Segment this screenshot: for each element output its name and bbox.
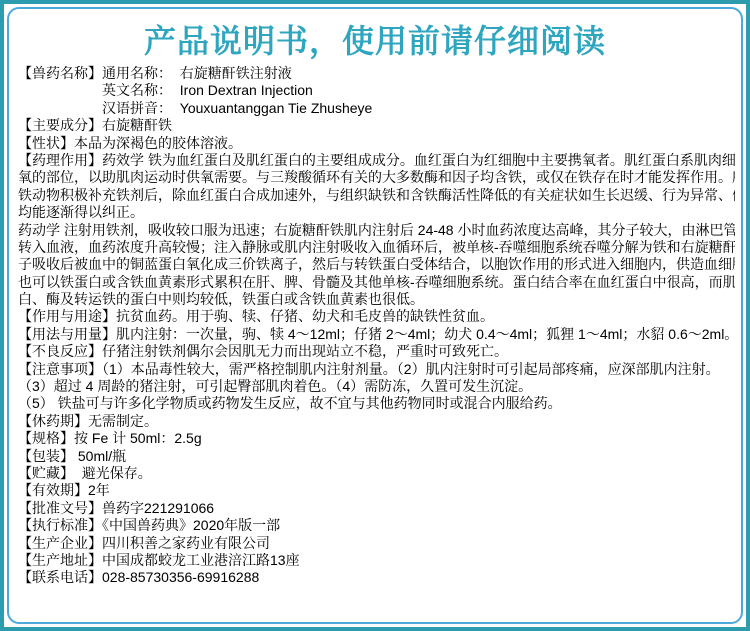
doc-line: 子吸收后被血中的铜蓝蛋白氧化成三价铁离子，然后与转铁蛋白受体结合，以胞饮作用的形… [18, 256, 735, 273]
doc-line: 【执行标准】《中国兽药典》2020年版一部 [18, 517, 735, 534]
leaflet-border-box: 产品说明书，使用前请仔细阅读 【兽药名称】通用名称： 右旋糖酐铁注射液英文名称：… [7, 7, 743, 624]
doc-line: 【主要成分】右旋糖酐铁 [18, 117, 735, 134]
doc-line: 【贮藏】 避光保存。 [18, 465, 735, 482]
product-leaflet: 产品说明书，使用前请仔细阅读 【兽药名称】通用名称： 右旋糖酐铁注射液英文名称：… [0, 0, 750, 631]
doc-line: 【生产企业】四川积善之家药业有限公司 [18, 535, 735, 552]
doc-line: 【用法与用量】肌内注射：一次量，驹、犊 4～12ml；仔猪 2～4ml；幼犬 0… [18, 326, 735, 343]
doc-line: 白、酶及转运铁的蛋白中则均较低，铁蛋白或含铁血黄素也很低。 [18, 291, 735, 308]
doc-line: 【批准文号】兽药字221291066 [18, 500, 735, 517]
doc-line: 药动学 注射用铁剂，吸收较口服为迅速；右旋糖酐铁肌内注射后 24-48 小时血药… [18, 222, 735, 239]
leaflet-title: 产品说明书，使用前请仔细阅读 [144, 16, 606, 62]
doc-line: 铁动物积极补充铁剂后，除血红蛋白合成加速外，与组织缺铁和含铁酶活性降低的有关症状… [18, 187, 735, 204]
doc-line: 【药理作用】药效学 铁为血红蛋白及肌红蛋白的主要组成成分。血红蛋白为红细胞中主要… [18, 152, 735, 169]
doc-line: 【联系电话】028-85730356-69916288 [18, 569, 735, 586]
doc-body: 【兽药名称】通用名称： 右旋糖酐铁注射液英文名称： Iron Dextran I… [9, 63, 741, 587]
doc-line: 【不良反应】仔猪注射铁剂偶尔会因肌无力而出现站立不稳，严重时可致死亡。 [18, 343, 735, 360]
doc-line: （5） 铁盐可与许多化学物质或药物发生反应，故不宜与其他药物同时或混合内服给药。 [18, 395, 735, 412]
doc-line: 汉语拼音： Youxuantanggan Tie Zhusheye [18, 100, 735, 117]
doc-line: 【作用与用途】抗贫血药。用于驹、犊、仔猪、幼犬和毛皮兽的缺铁性贫血。 [18, 308, 735, 325]
doc-line: 【注意事项】（1）本品毒性较大，需严格控制肌内注射剂量。（2）肌内注射时可引起局… [18, 361, 735, 378]
doc-line: （3）超过 4 周龄的猪注射，可引起臀部肌肉着色。（4）需防冻，久置可发生沉淀。 [18, 378, 735, 395]
doc-line: 【生产地址】中国成都蛟龙工业港涪江路13座 [18, 552, 735, 569]
doc-line: 均能逐渐得以纠正。 [18, 204, 735, 221]
doc-line: 也可以铁蛋白或含铁血黄素形式累积在肝、脾、骨髓及其他单核-吞噬细胞系统。蛋白结合… [18, 274, 735, 291]
leaflet-header: 产品说明书，使用前请仔细阅读 [9, 9, 741, 63]
doc-line: 【规格】按 Fe 计 50ml：2.5g [18, 430, 735, 447]
doc-line: 【休药期】无需制定。 [18, 413, 735, 430]
doc-line: 氧的部位，以助肌肉运动时供氧需要。与三羧酸循环有关的大多数酶和因子均含铁，或仅在… [18, 169, 735, 186]
doc-line: 【有效期】2年 [18, 482, 735, 499]
doc-line: 【包装】 50ml/瓶 [18, 448, 735, 465]
doc-line: 【性状】本品为深褐色的胶体溶液。 [18, 135, 735, 152]
doc-line: 英文名称： Iron Dextran Injection [18, 82, 735, 99]
doc-line: 【兽药名称】通用名称： 右旋糖酐铁注射液 [18, 65, 735, 82]
doc-line: 转入血液，血药浓度升高较慢；注入静脉或肌内注射吸收入血循环后，被单核-吞噬细胞系… [18, 239, 735, 256]
